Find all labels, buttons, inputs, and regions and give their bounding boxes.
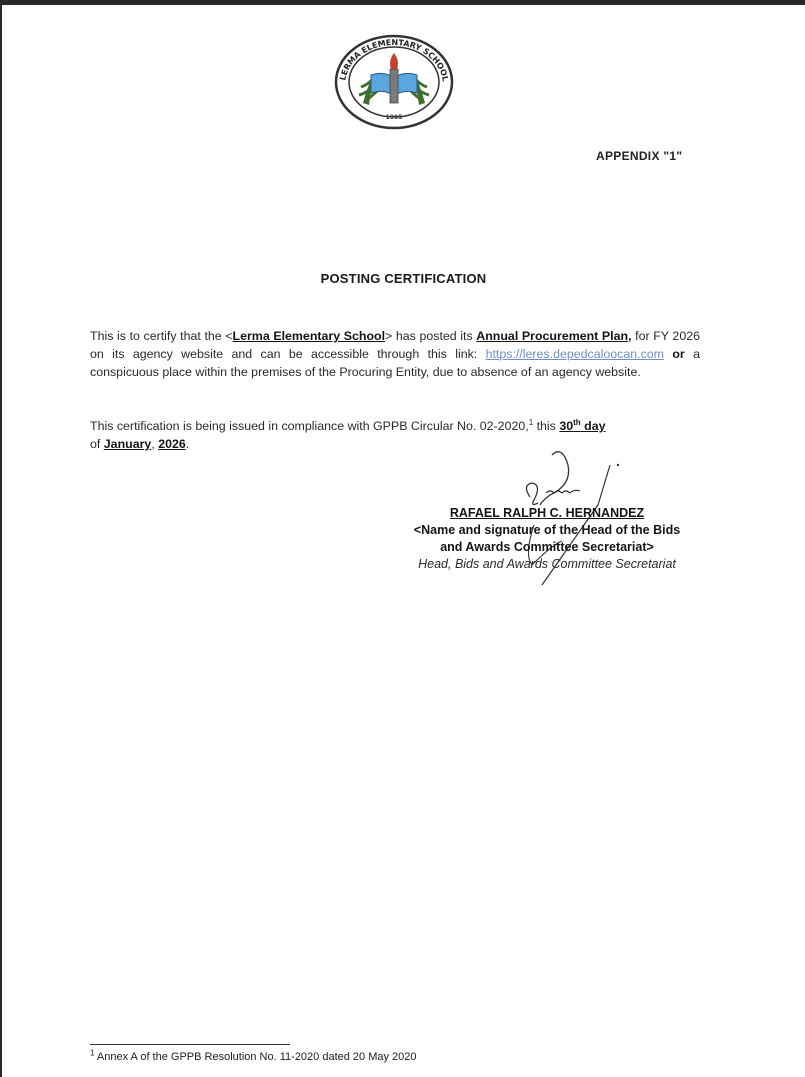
text: of [90,437,104,451]
text: This is to certify that the < [90,329,233,343]
signatory-role: Head, Bids and Awards Committee Secretar… [382,556,712,573]
seal-year: 1995 [386,114,403,121]
school-seal-icon: LERMA ELEMENTARY SCHOOL 1995 [333,33,455,131]
footnote: 1 Annex A of the GPPB Resolution No. 11-… [90,1051,417,1063]
issue-month: January [104,437,152,451]
text: > has posted its [385,329,476,343]
text: this [533,419,559,433]
signatory-name: RAFAEL RALPH C. HERNANDEZ [382,505,712,522]
text: This certification is being issued in co… [90,419,529,433]
appendix-label: APPENDIX "1" [596,149,682,163]
or-keyword: or [672,347,684,361]
document-title: POSTING CERTIFICATION [2,271,805,286]
signatory-note-line2: and Awards Committee Secretariat> [382,539,712,556]
agency-website-link[interactable]: https://leres.depedcaloocan.com [486,347,664,361]
certification-paragraph: This is to certify that the <Lerma Eleme… [90,327,700,381]
text: . [186,437,189,451]
footnote-text: Annex A of the GPPB Resolution No. 11-20… [94,1051,416,1063]
signatory-note-line1: <Name and signature of the Head of the B… [382,522,712,539]
document-page: LERMA ELEMENTARY SCHOOL 1995 APPENDIX "1… [2,5,805,1077]
plan-name: Annual Procurement Plan, [476,329,631,343]
footnote-divider [90,1044,290,1045]
issue-day: 30th day [559,419,605,433]
school-name: Lerma Elementary School [233,329,386,343]
issue-year: 2026 [158,437,186,451]
signatory-block: RAFAEL RALPH C. HERNANDEZ <Name and sign… [382,505,712,573]
